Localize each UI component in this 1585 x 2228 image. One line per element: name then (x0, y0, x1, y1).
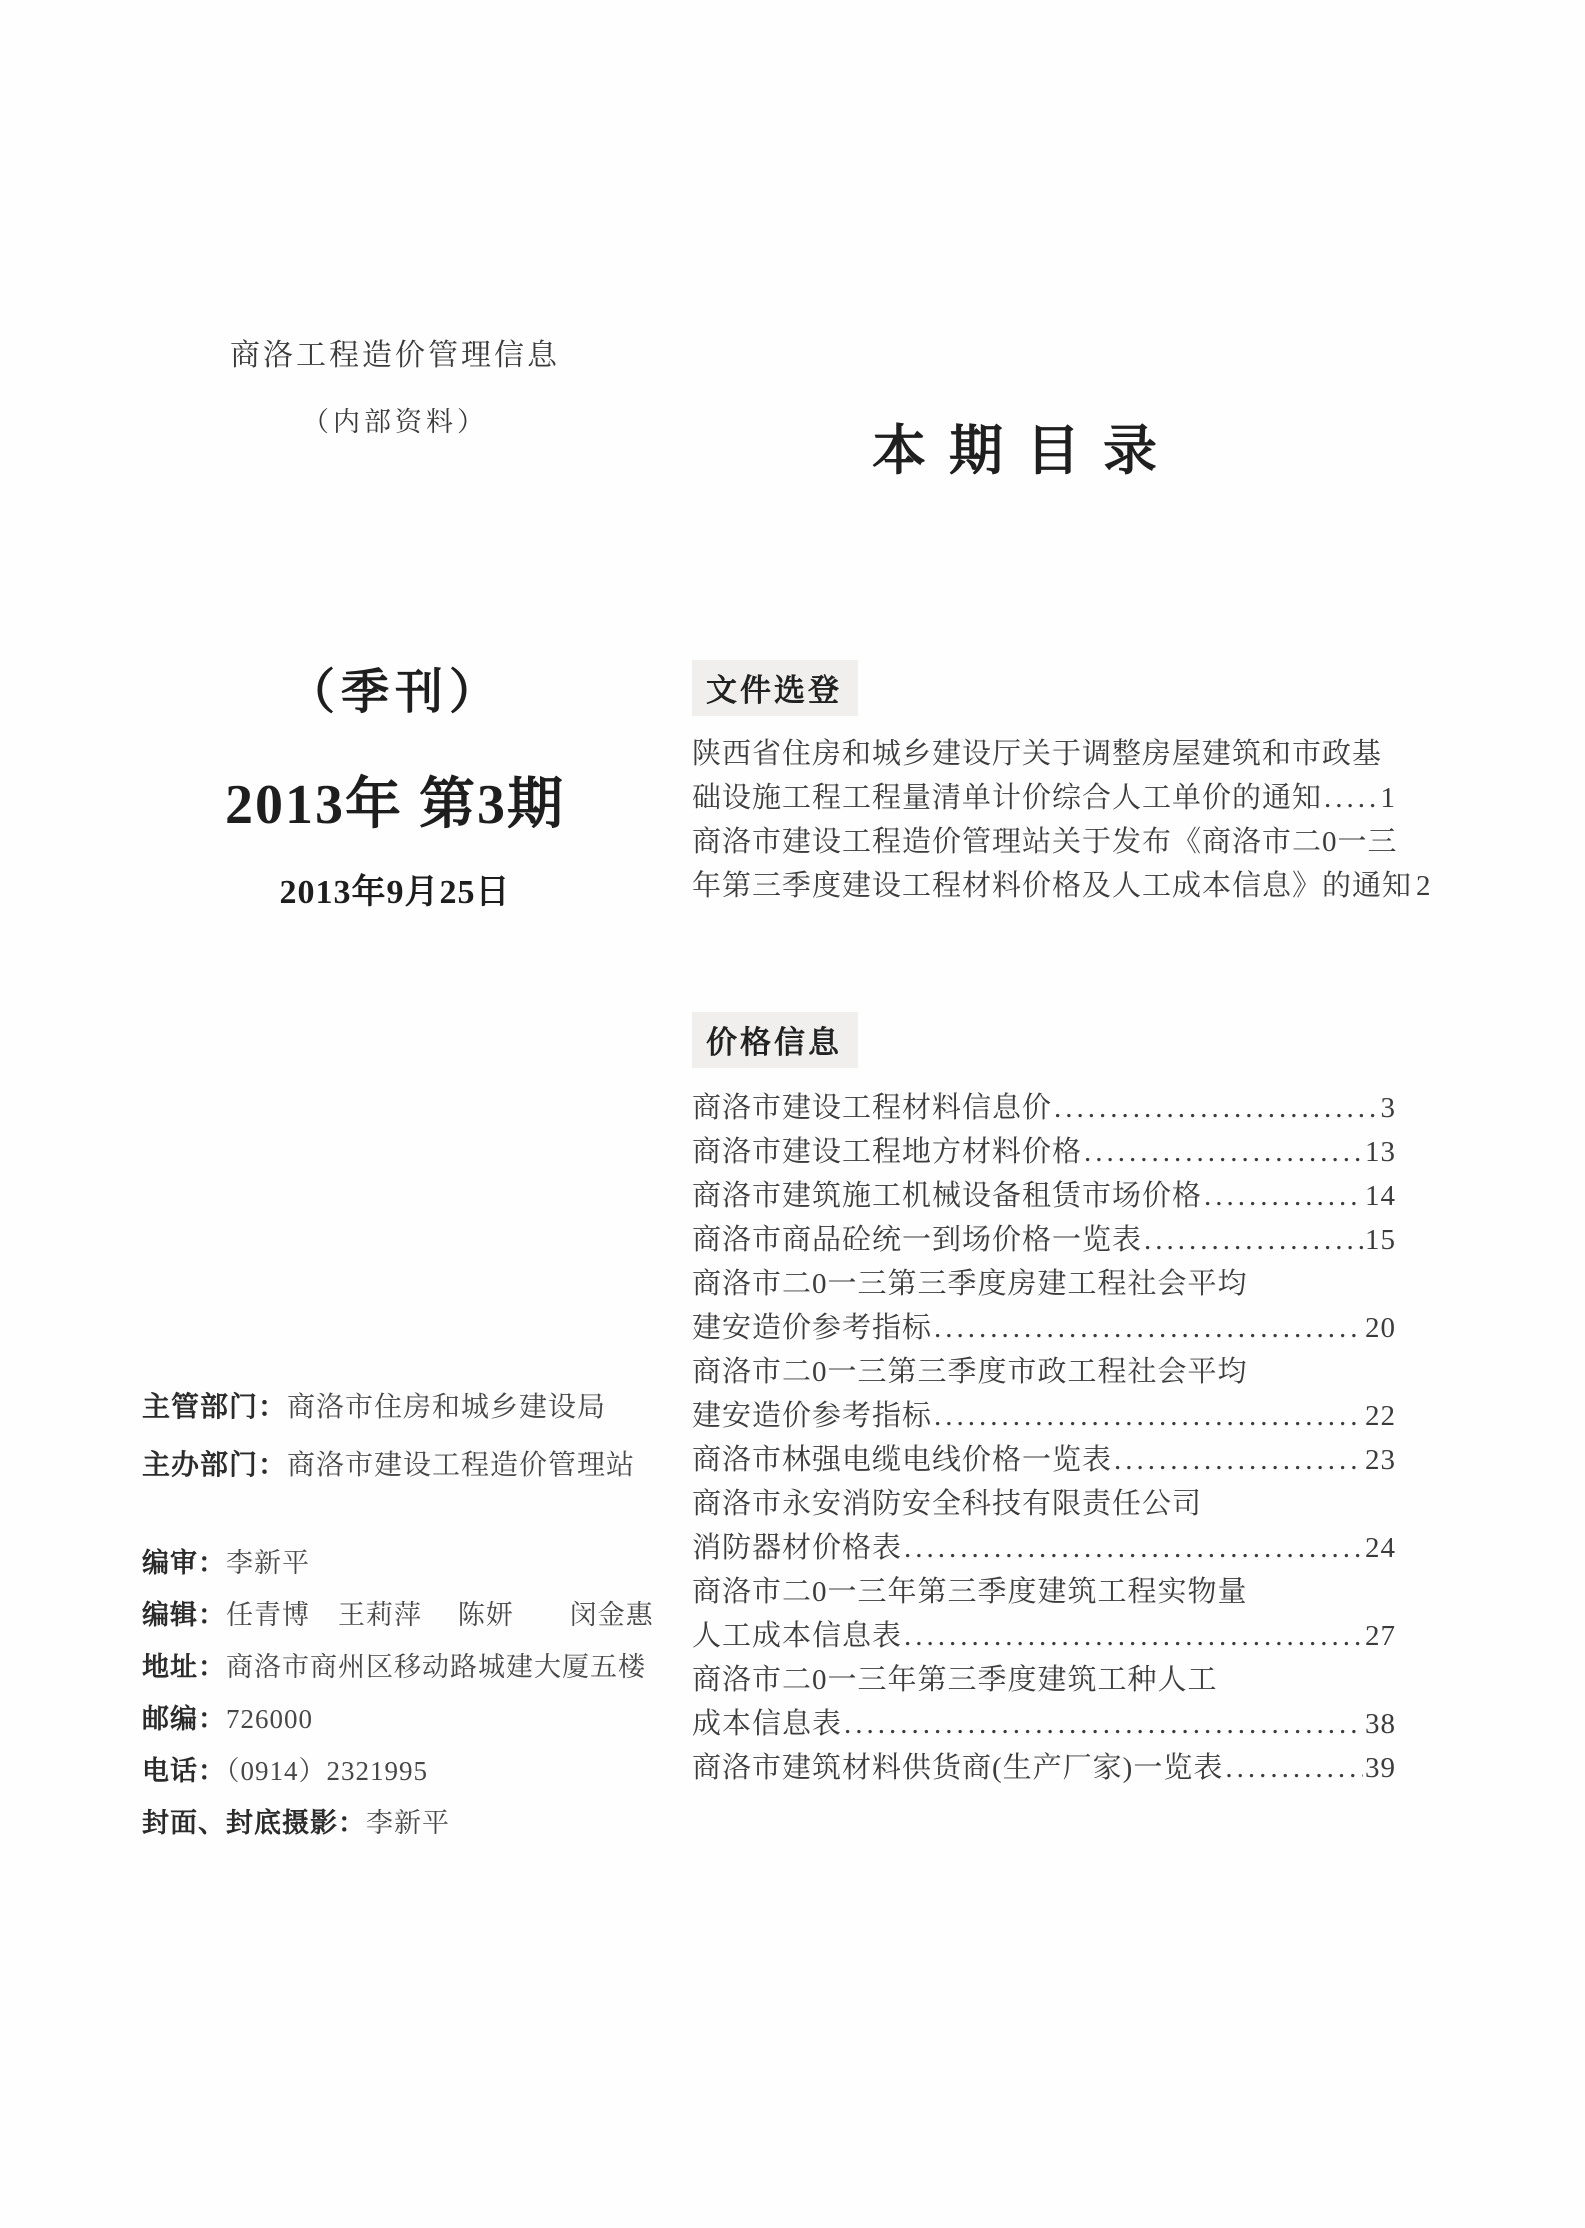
quarterly-label: （季刊） (165, 653, 625, 722)
publisher-info: 主管部门：商洛市住房和城乡建设局 主办部门：商洛市建设工程造价管理站 (142, 1378, 635, 1494)
toc-entry-text: 人工成本信息表 (692, 1614, 902, 1658)
toc-entry: 础设施工程工程量清单计价综合人工单价的通知 1 (692, 776, 1396, 820)
info-label: 邮编： (142, 1704, 226, 1734)
toc-entry-text: 商洛市建筑材料供货商(生产厂家)一览表 (692, 1746, 1223, 1790)
staff-info: 编审：李新平 编辑：任青博 王莉萍 陈妍 闵金惠 地址：商洛市商州区移动路城建大… (142, 1537, 654, 1849)
toc-leader-dots (1144, 1218, 1363, 1262)
info-value: 商洛市住房和城乡建设局 (287, 1392, 606, 1423)
toc-page-number: 14 (1365, 1174, 1396, 1218)
toc-leader-dots (1054, 1086, 1378, 1130)
toc-entry: 建安造价参考指标 22 (692, 1394, 1396, 1438)
info-row: 编辑：任青博 王莉萍 陈妍 闵金惠 (142, 1589, 654, 1641)
toc-leader-dots (844, 1702, 1363, 1746)
info-value: 任青博 王莉萍 陈妍 闵金惠 (226, 1600, 654, 1630)
info-value: 商洛市商州区移动路城建大厦五楼 (226, 1652, 646, 1682)
toc-page-number: 27 (1365, 1614, 1396, 1658)
info-value: 李新平 (366, 1808, 450, 1838)
info-value: 商洛市建设工程造价管理站 (287, 1450, 635, 1481)
toc-section-prices: 商洛市建设工程材料信息价 3 商洛市建设工程地方材料价格 13 商洛市建筑施工机… (692, 1086, 1396, 1790)
toc-entry: 成本信息表 38 (692, 1702, 1396, 1746)
section-heading-prices: 价格信息 (692, 1012, 858, 1068)
toc-leader-dots (934, 1394, 1363, 1438)
toc-entry: 商洛市建设工程材料信息价 3 (692, 1086, 1396, 1130)
toc-page-number: 2 (1416, 864, 1432, 908)
toc-entry-text: 础设施工程工程量清单计价综合人工单价的通知 (692, 776, 1322, 820)
info-row: 邮编：726000 (142, 1693, 654, 1745)
toc-entry: 商洛市建筑材料供货商(生产厂家)一览表 39 (692, 1746, 1396, 1790)
toc-entry: 商洛市永安消防安全科技有限责任公司 (692, 1482, 1396, 1526)
info-row: 地址：商洛市商州区移动路城建大厦五楼 (142, 1641, 654, 1693)
section-heading-documents: 文件选登 (692, 660, 858, 716)
toc-entry: 商洛市二0一三年第三季度建筑工程实物量 (692, 1570, 1396, 1614)
toc-entry-text: 商洛市建设工程材料信息价 (692, 1086, 1052, 1130)
toc-leader-dots (1204, 1174, 1363, 1218)
toc-leader-dots (904, 1526, 1363, 1570)
toc-page-number: 3 (1381, 1086, 1397, 1130)
toc-entry-text: 商洛市二0一三第三季度市政工程社会平均 (692, 1350, 1248, 1394)
toc-entry: 商洛市商品砼统一到场价格一览表 15 (692, 1218, 1396, 1262)
issue-number: 2013年 第3期 (165, 760, 625, 840)
toc-entry-text: 陕西省住房和城乡建设厅关于调整房屋建筑和市政基 (692, 732, 1382, 776)
toc-entry: 商洛市建筑施工机械设备租赁市场价格 14 (692, 1174, 1396, 1218)
toc-entry: 消防器材价格表 24 (692, 1526, 1396, 1570)
toc-entry: 商洛市二0一三第三季度市政工程社会平均 (692, 1350, 1396, 1394)
toc-entry-text: 年第三季度建设工程材料价格及人工成本信息》的通知 (692, 864, 1412, 908)
info-row: 主办部门：商洛市建设工程造价管理站 (142, 1436, 635, 1494)
toc-entry-text: 成本信息表 (692, 1702, 842, 1746)
toc-title: 本 期 目 录 (872, 408, 1161, 485)
toc-entry-text: 商洛市建设工程地方材料价格 (692, 1130, 1082, 1174)
toc-page-number: 22 (1365, 1394, 1396, 1438)
info-label: 电话： (142, 1756, 226, 1786)
toc-section-documents: 陕西省住房和城乡建设厅关于调整房屋建筑和市政基 础设施工程工程量清单计价综合人工… (692, 732, 1396, 908)
info-label: 封面、封底摄影： (142, 1808, 366, 1838)
info-row: 电话：（0914）2321995 (142, 1745, 654, 1797)
toc-entry: 陕西省住房和城乡建设厅关于调整房屋建筑和市政基 (692, 732, 1396, 776)
info-value: 李新平 (226, 1548, 310, 1578)
toc-entry: 商洛市二0一三第三季度房建工程社会平均 (692, 1262, 1396, 1306)
toc-entry: 商洛市建设工程造价管理站关于发布《商洛市二0一三 (692, 820, 1396, 864)
info-label: 地址： (142, 1652, 226, 1682)
info-row: 封面、封底摄影：李新平 (142, 1797, 654, 1849)
toc-page-number: 24 (1365, 1526, 1396, 1570)
toc-entry: 商洛市二0一三年第三季度建筑工种人工 (692, 1658, 1396, 1702)
toc-leader-dots (904, 1614, 1363, 1658)
toc-entry: 年第三季度建设工程材料价格及人工成本信息》的通知 2 (692, 864, 1396, 908)
internal-note: （内部资料） (165, 400, 625, 439)
toc-entry: 建安造价参考指标 20 (692, 1306, 1396, 1350)
toc-entry-text: 商洛市建设工程造价管理站关于发布《商洛市二0一三 (692, 820, 1398, 864)
issue-date: 2013年9月25日 (165, 864, 625, 913)
toc-entry-text: 建安造价参考指标 (692, 1306, 932, 1350)
toc-entry-text: 商洛市建筑施工机械设备租赁市场价格 (692, 1174, 1202, 1218)
toc-leader-dots (934, 1306, 1363, 1350)
toc-page-number: 38 (1365, 1702, 1396, 1746)
toc-leader-dots (1225, 1746, 1363, 1790)
toc-entry: 商洛市建设工程地方材料价格 13 (692, 1130, 1396, 1174)
info-row: 主管部门：商洛市住房和城乡建设局 (142, 1378, 635, 1436)
info-value: 726000 (226, 1704, 313, 1734)
toc-page-number: 15 (1365, 1218, 1396, 1262)
table-of-contents: 文件选登 陕西省住房和城乡建设厅关于调整房屋建筑和市政基 础设施工程工程量清单计… (692, 660, 1396, 1790)
publication-title: 商洛工程造价管理信息 (165, 330, 625, 374)
toc-entry-text: 商洛市二0一三年第三季度建筑工种人工 (692, 1658, 1218, 1702)
toc-page-number: 23 (1365, 1438, 1396, 1482)
toc-entry-text: 商洛市商品砼统一到场价格一览表 (692, 1218, 1142, 1262)
document-page: 商洛工程造价管理信息 （内部资料） 本 期 目 录 （季刊） 2013年 第3期… (0, 0, 1585, 2228)
toc-entry: 商洛市林强电缆电线价格一览表 23 (692, 1438, 1396, 1482)
toc-page-number: 20 (1365, 1306, 1396, 1350)
info-label: 编辑： (142, 1600, 226, 1630)
toc-entry-text: 商洛市二0一三年第三季度建筑工程实物量 (692, 1570, 1248, 1614)
toc-entry: 人工成本信息表 27 (692, 1614, 1396, 1658)
issue-block: （季刊） 2013年 第3期 2013年9月25日 (165, 653, 625, 913)
toc-leader-dots (1084, 1130, 1363, 1174)
info-label: 主管部门： (142, 1391, 287, 1422)
info-row: 编审：李新平 (142, 1537, 654, 1589)
toc-entry-text: 商洛市二0一三第三季度房建工程社会平均 (692, 1262, 1248, 1306)
toc-page-number: 13 (1365, 1130, 1396, 1174)
toc-entry-text: 商洛市林强电缆电线价格一览表 (692, 1438, 1112, 1482)
toc-leader-dots (1324, 776, 1378, 820)
info-label: 主办部门： (142, 1449, 287, 1480)
toc-entry-text: 消防器材价格表 (692, 1526, 902, 1570)
toc-leader-dots (1114, 1438, 1363, 1482)
toc-page-number: 1 (1381, 776, 1397, 820)
info-value: （0914）2321995 (226, 1756, 428, 1786)
info-label: 编审： (142, 1548, 226, 1578)
toc-page-number: 39 (1365, 1746, 1396, 1790)
masthead: 商洛工程造价管理信息 （内部资料） (165, 330, 625, 439)
toc-entry-text: 商洛市永安消防安全科技有限责任公司 (692, 1482, 1202, 1526)
toc-entry-text: 建安造价参考指标 (692, 1394, 932, 1438)
